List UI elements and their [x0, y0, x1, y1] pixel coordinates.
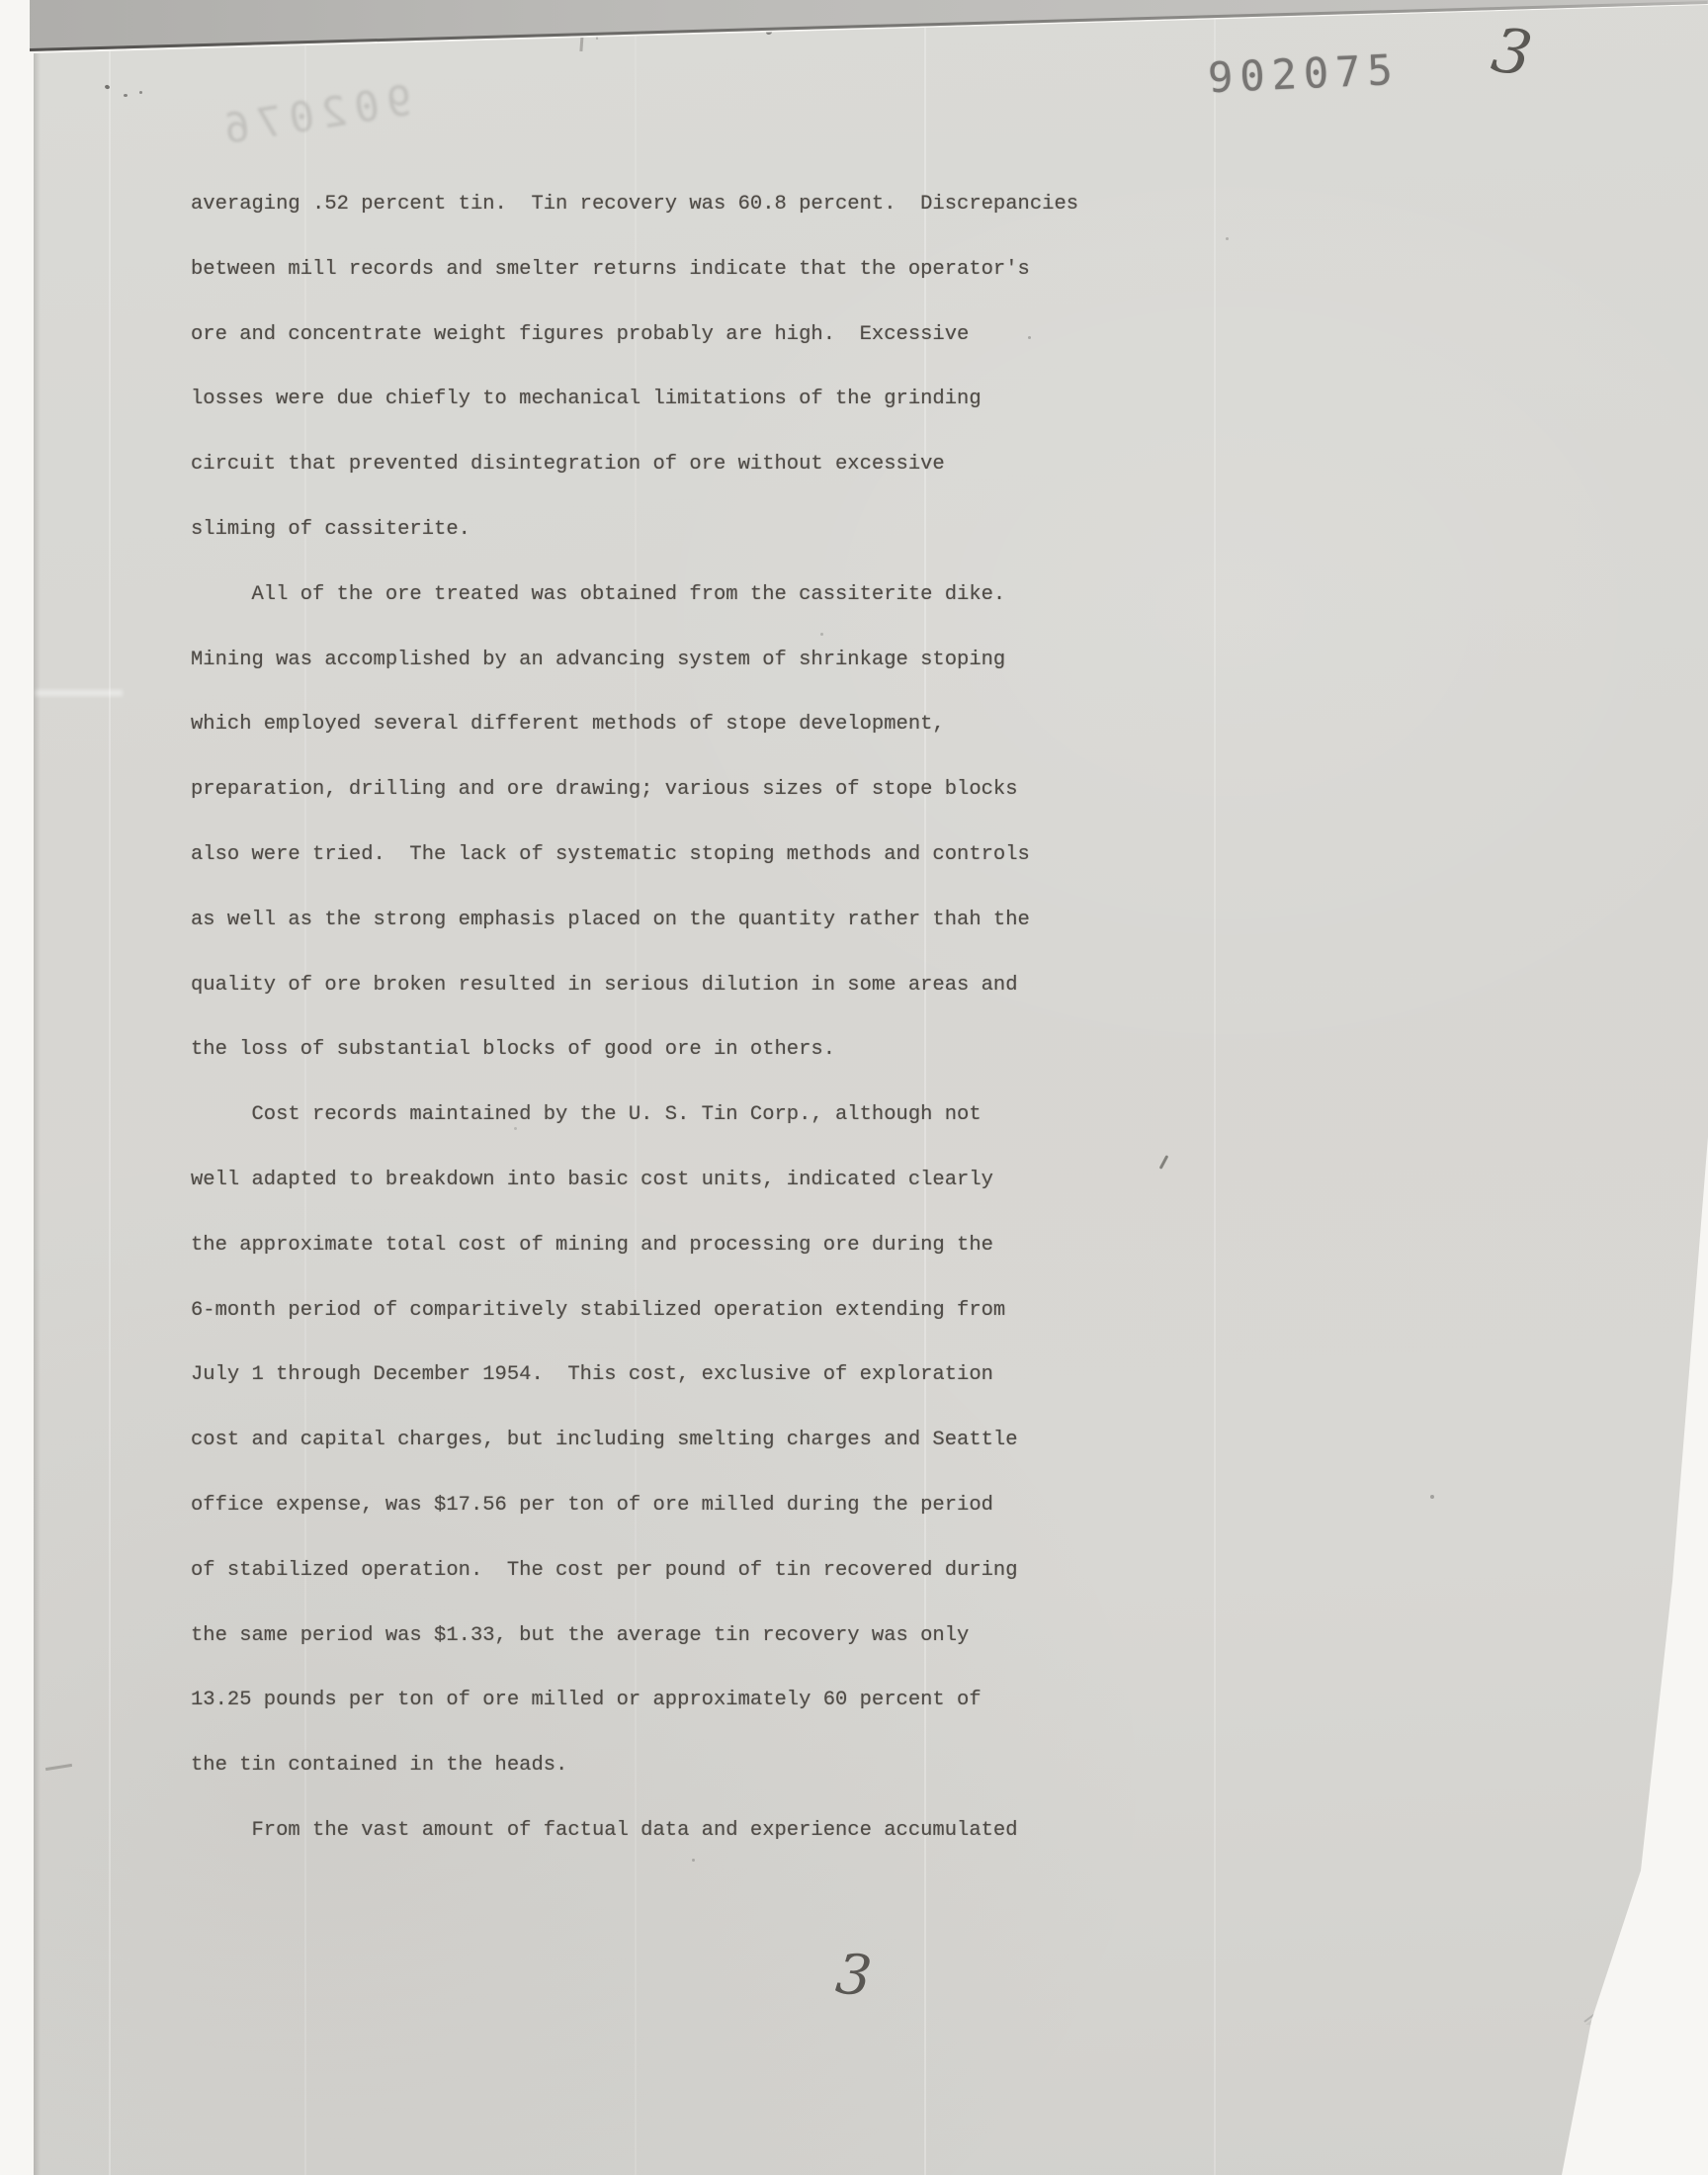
handwritten-page-number-top: 3 [1488, 13, 1537, 90]
text-line: cost and capital charges, but including … [191, 1408, 1078, 1473]
text-line: the approximate total cost of mining and… [191, 1213, 1078, 1278]
text-line: Cost records maintained by the U. S. Tin… [191, 1083, 1078, 1148]
text-line: office expense, was $17.56 per ton of or… [191, 1473, 1078, 1538]
ink-speck [1028, 336, 1031, 339]
ink-speck [124, 94, 128, 97]
scanned-document-page: 902076 902075 3 averaging .52 percent ti… [0, 0, 1708, 2175]
paper-crease [36, 690, 123, 696]
text-line: losses were due chiefly to mechanical li… [191, 367, 1078, 432]
paper-left-edge-shadow [34, 49, 41, 2175]
text-line: 13.25 pounds per ton of ore milled or ap… [191, 1668, 1078, 1733]
text-line: also were tried. The lack of systematic … [191, 823, 1078, 888]
text-line: ore and concentrate weight figures proba… [191, 303, 1078, 368]
ink-speck [820, 633, 823, 636]
text-line: Mining was accomplished by an advancing … [191, 628, 1078, 693]
ink-speck [1226, 237, 1229, 240]
scan-streak [109, 0, 111, 2175]
text-line: well adapted to breakdown into basic cos… [191, 1148, 1078, 1213]
stamp-serial-number: 902075 [1207, 45, 1401, 102]
pen-tick-mark [1159, 1155, 1169, 1170]
scan-streak [1214, 0, 1216, 2175]
text-line: July 1 through December 1954. This cost,… [191, 1343, 1078, 1408]
folded-corner-edge [1583, 1985, 1632, 2023]
folded-corner [1580, 1981, 1641, 2031]
text-line: the tin contained in the heads. [191, 1733, 1078, 1798]
text-line: the loss of substantial blocks of good o… [191, 1017, 1078, 1083]
text-line: preparation, drilling and ore drawing; v… [191, 757, 1078, 823]
text-line: circuit that prevented disintegration of… [191, 432, 1078, 497]
text-line: 6-month period of comparitively stabiliz… [191, 1278, 1078, 1344]
text-line: sliming of cassiterite. [191, 497, 1078, 563]
paper-sheet: 902076 902075 3 averaging .52 percent ti… [0, 0, 1708, 2175]
ink-speck [139, 91, 142, 94]
text-line: of stabilized operation. The cost per po… [191, 1538, 1078, 1604]
text-line: From the vast amount of factual data and… [191, 1798, 1078, 1864]
text-line: between mill records and smelter returns… [191, 237, 1078, 303]
ink-speck [692, 1859, 695, 1862]
text-line: the same period was $1.33, but the avera… [191, 1604, 1078, 1669]
text-line: averaging .52 percent tin. Tin recovery … [191, 172, 1078, 237]
ink-speck [1430, 1495, 1434, 1499]
margin-pencil-dash [45, 1764, 72, 1771]
text-line: which employed several different methods… [191, 692, 1078, 757]
typewritten-body: averaging .52 percent tin. Tin recovery … [191, 172, 1078, 1864]
text-line: All of the ore treated was obtained from… [191, 563, 1078, 628]
text-line: as well as the strong emphasis placed on… [191, 888, 1078, 953]
ink-speck [514, 1127, 517, 1130]
handwritten-page-number-bottom: 3 [833, 1942, 875, 2009]
text-line: quality of ore broken resulted in seriou… [191, 953, 1078, 1018]
bleedthrough-stamp-number: 902076 [213, 76, 415, 155]
